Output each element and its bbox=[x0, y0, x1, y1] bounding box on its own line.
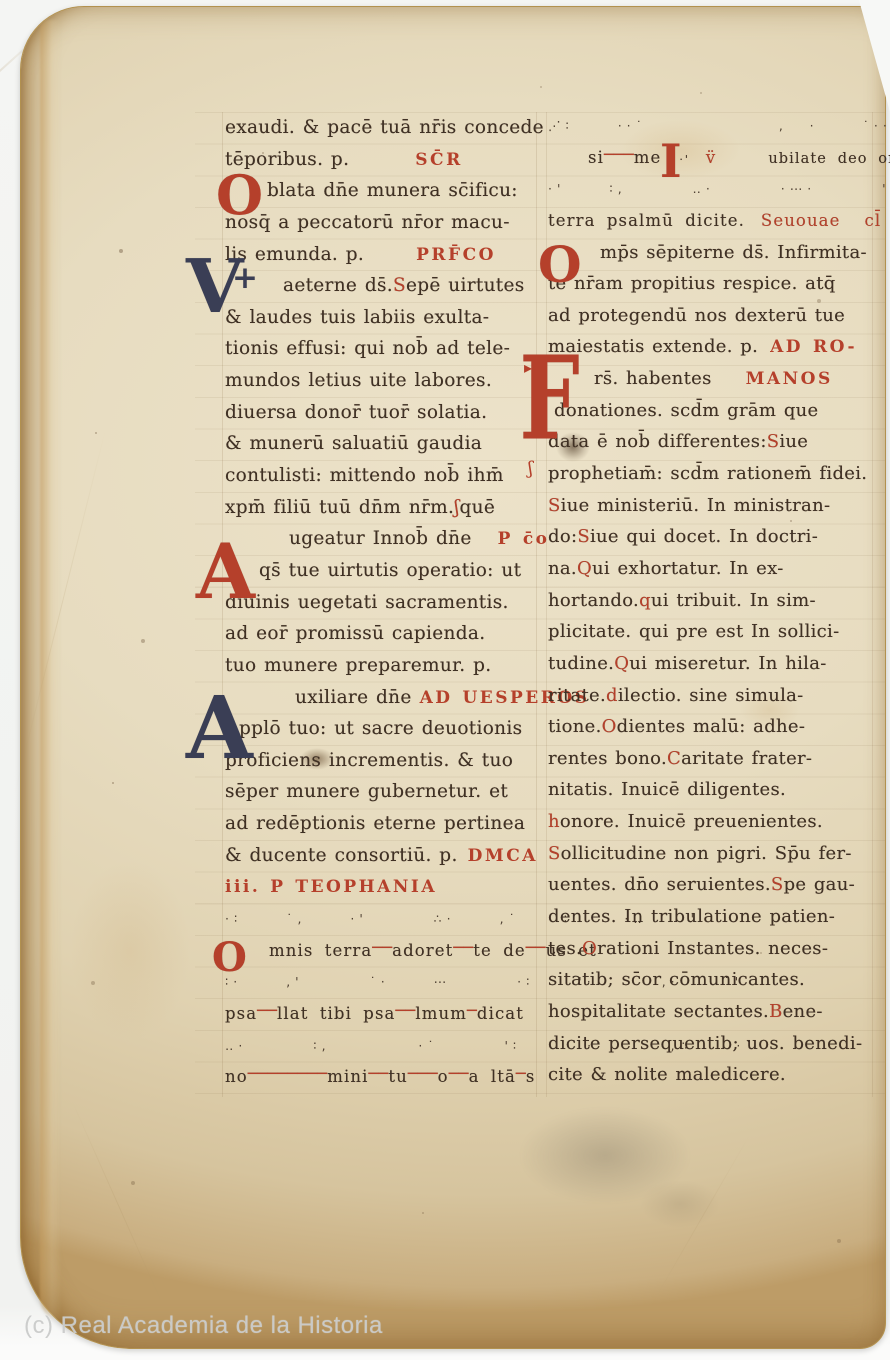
text-run: exaudi. & pacē tuā nr̄is concede bbox=[225, 112, 544, 144]
manuscript-line: terra psalmū dicite.Seuouaecl̄ bbox=[548, 205, 878, 237]
manuscript-line: tudine. Qui miseretur. In hila- bbox=[548, 648, 878, 680]
manuscript-line: ad eor̄ promissū capienda. bbox=[225, 618, 545, 650]
text-run: s bbox=[526, 1061, 536, 1093]
text-run: ilectio. sine simula- bbox=[618, 680, 804, 712]
manuscript-line: proficiens incrementis. & tuo bbox=[225, 745, 545, 777]
rubric-text: SC̄R bbox=[415, 145, 462, 177]
rubric-text: v̈ bbox=[706, 142, 716, 174]
manuscript-line: nosq̄ a peccatorū nr̄or macu- bbox=[225, 207, 545, 239]
manuscript-line: mundos letius uite labores. bbox=[225, 365, 545, 397]
text-run: ── bbox=[526, 932, 546, 964]
text-run: ──────── bbox=[248, 1058, 327, 1090]
rubric-text: AD RO- bbox=[770, 332, 857, 364]
text-run: ugeatur Innob̄ dn̄e bbox=[289, 523, 472, 555]
text-run: tu bbox=[388, 1061, 407, 1093]
text-run: diuinis uegetati sacramentis. bbox=[225, 587, 509, 619]
text-run: dientes malū: adhe- bbox=[617, 711, 806, 743]
text-run: proficiens incrementis. & tuo bbox=[225, 745, 513, 777]
text-run: iue ministeriū. In ministran- bbox=[561, 490, 831, 522]
text-run: ── bbox=[368, 1058, 388, 1090]
manuscript-photo: exaudi. & pacē tuā nr̄is concedetēporibu… bbox=[0, 0, 890, 1360]
text-run: ── bbox=[372, 932, 392, 964]
copyright-watermark: (c) Real Academia de la Historia bbox=[24, 1312, 383, 1340]
text-run: uentes. dn̄o seruientes. bbox=[548, 869, 771, 901]
manuscript-line: tione. Odientes malū: adhe- bbox=[548, 711, 878, 743]
manuscript-line: uxiliare dn̄e AD UESPEROS bbox=[225, 682, 545, 714]
manuscript-line: sēper munere gubernetur. et bbox=[225, 776, 545, 808]
initial-o-omnis: O bbox=[212, 938, 247, 978]
manuscript-line: plicitate. qui pre est In sollici- bbox=[548, 616, 878, 648]
manuscript-line: dentes. In tribulatione patien- bbox=[548, 901, 878, 933]
text-run: ─── bbox=[604, 139, 634, 171]
manuscript-line: tes. Orationi Instantes. neces- bbox=[548, 933, 878, 965]
manuscript-line: no────────mini──tu───o──a ltā─s bbox=[225, 1061, 545, 1093]
text-run: diuersa donor̄ tuor̄ solatia. bbox=[225, 397, 487, 429]
manuscript-line: tēporibus. p.SC̄R bbox=[225, 144, 545, 176]
rubric-text: S bbox=[548, 490, 561, 522]
neume-row: ∶· ‚' ˙· ⋯ ·∶ '· ‚· ˙' bbox=[225, 966, 545, 998]
manuscript-line: hospitalitate sectantes. Bene- bbox=[548, 996, 878, 1028]
text-run: ── bbox=[453, 932, 473, 964]
rubric-text: Seuouae bbox=[761, 205, 841, 237]
manuscript-line: diuersa donor̄ tuor̄ solatia. bbox=[225, 397, 545, 429]
rubric-text: iii. P TEOPHANIA bbox=[225, 872, 437, 904]
rubric-text: h bbox=[548, 806, 560, 838]
manuscript-line: mp̄s sēpiterne ds̄. Infirmita- bbox=[548, 237, 878, 269]
text-run: ui exhortatur. In ex- bbox=[592, 553, 784, 585]
initial-vd-monogram: V+ bbox=[186, 250, 243, 324]
text-run: no bbox=[225, 1061, 248, 1093]
text-run: ─ bbox=[467, 995, 477, 1027]
text-run: nitatis. Inuicē diligentes. bbox=[548, 774, 786, 806]
red-flag-mark: ▸ bbox=[524, 358, 532, 377]
neume-row: ·∶ ˙‚ ·' ∴· ‚˙ ∶' ·‥ ' bbox=[225, 903, 545, 935]
text-run: mini bbox=[327, 1061, 368, 1093]
text-run: ── bbox=[449, 1058, 469, 1090]
text-run: donationes. scd̄m grām que bbox=[554, 395, 818, 427]
manuscript-line: maiestatis extende. p.AD RO- bbox=[548, 331, 878, 363]
manuscript-line: data ē nob̄ differentes: Siue bbox=[548, 426, 878, 458]
manuscript-line: exaudi. & pacē tuā nr̄is concede bbox=[225, 112, 545, 144]
rubric-text: S bbox=[767, 426, 780, 458]
text-run: dicite persequentib; uos. benedi- bbox=[548, 1028, 862, 1060]
text-run: sitatib; sc̄or cōmunicantes. bbox=[548, 964, 805, 996]
text-run: a ltā bbox=[469, 1061, 516, 1093]
text-run: pplō tuo: ut sacre deuotionis bbox=[239, 713, 522, 745]
rubric-text: O bbox=[602, 711, 617, 743]
text-run: blata dn̄e munera sc̄ificu: bbox=[267, 175, 518, 207]
rubric-text: S bbox=[771, 869, 784, 901]
manuscript-line: honore. Inuicē preuenientes. bbox=[548, 806, 878, 838]
initial-o-oblata: O bbox=[216, 168, 263, 222]
manuscript-line: dicite persequentib; uos. benedi- bbox=[548, 1028, 878, 1060]
cross-mark: + bbox=[232, 263, 258, 294]
manuscript-line: qs̄ tue uirtutis operatio: ut bbox=[225, 555, 545, 587]
left-text-column: exaudi. & pacē tuā nr̄is concedetēporibu… bbox=[225, 112, 545, 1093]
rubric-text: q bbox=[639, 585, 651, 617]
text-run: ── bbox=[257, 995, 277, 1027]
text-run: ad protegendū nos dexterū tue bbox=[548, 300, 845, 332]
text-run: ad eor̄ promissū capienda. bbox=[225, 618, 485, 650]
manuscript-line: ad redēptionis eterne pertinea bbox=[225, 808, 545, 840]
text-run: sēper munere gubernetur. et bbox=[225, 776, 508, 808]
text-run: aeterne ds̄. bbox=[283, 270, 393, 302]
text-run: ─ bbox=[516, 1058, 526, 1090]
manuscript-line: nitatis. Inuicē diligentes. bbox=[548, 774, 878, 806]
text-run: rentes bono. bbox=[548, 743, 667, 775]
right-text-column: ⋰∶ ··˙ ‚ · ˙·· ·‥ ··' ·si───me·'v̈ubilat… bbox=[548, 110, 878, 1091]
manuscript-line: Sollicitudine non pigri. Sp̄u fer- bbox=[548, 838, 878, 870]
rubric-text: O bbox=[582, 933, 597, 965]
text-run: pe gau- bbox=[784, 869, 855, 901]
text-run: tudine. bbox=[548, 648, 614, 680]
parchment-specks bbox=[0, 0, 2, 2]
text-run: & munerū saluatiū gaudia bbox=[225, 428, 482, 460]
text-run: te de bbox=[473, 935, 525, 967]
manuscript-line: cite & nolite maledicere. bbox=[548, 1059, 878, 1091]
text-run: ─── bbox=[408, 1058, 438, 1090]
text-run: tuo munere preparemur. p. bbox=[225, 650, 491, 682]
text-run: na. bbox=[548, 553, 577, 585]
manuscript-line: do: Siue qui docet. In doctri- bbox=[548, 521, 878, 553]
manuscript-line: diuinis uegetati sacramentis. bbox=[225, 587, 545, 619]
text-run: ad redēptionis eterne pertinea bbox=[225, 808, 525, 840]
text-run: psa bbox=[225, 998, 257, 1030]
red-curl-mark: ʃ bbox=[528, 458, 533, 479]
text-run: terra psalmū dicite. bbox=[548, 205, 745, 237]
text-run: dentes. In tribulatione patien- bbox=[548, 901, 835, 933]
text-run: ene- bbox=[783, 996, 823, 1028]
rubric-text: C bbox=[667, 743, 681, 775]
rubric-text: Q bbox=[577, 553, 592, 585]
manuscript-line: ritate. dilectio. sine simula- bbox=[548, 680, 878, 712]
manuscript-line: & munerū saluatiū gaudia bbox=[225, 428, 545, 460]
manuscript-line: rs̄. habentesMANOS bbox=[548, 363, 878, 395]
manuscript-line: blata dn̄e munera sc̄ificu: bbox=[225, 175, 545, 207]
neume-notation: ⋰∶ ··˙ ‚ · ˙·· ·‥ ··' · bbox=[548, 110, 890, 142]
text-run: contulisti: mittendo nob̄ ihm̄ bbox=[225, 460, 504, 492]
stain bbox=[640, 1180, 720, 1228]
text-run: nosq̄ a peccatorū nr̄or macu- bbox=[225, 207, 510, 239]
manuscript-line: pplō tuo: ut sacre deuotionis bbox=[225, 713, 545, 745]
rubric-text: DMCA bbox=[468, 841, 538, 873]
text-run: prophetiam̄: scd̄m rationem̄ fidei. bbox=[548, 458, 867, 490]
stain bbox=[70, 860, 190, 1040]
text-run: plicitate. qui pre est In sollici- bbox=[548, 616, 840, 648]
text-run: hortando. bbox=[548, 585, 639, 617]
manuscript-line: sitatib; sc̄or cōmunicantes. bbox=[548, 964, 878, 996]
manuscript-line: & ducente consortiū. p.DMCA bbox=[225, 840, 545, 872]
manuscript-line: aeterne ds̄. Sepē uirtutes bbox=[225, 270, 545, 302]
text-run: cite & nolite maledicere. bbox=[548, 1059, 786, 1091]
manuscript-line: & laudes tuis labiis exulta- bbox=[225, 302, 545, 334]
text-run: xpm̄ filiū tuū dn̄m nr̄m. bbox=[225, 492, 454, 524]
rubric-text: d bbox=[606, 680, 618, 712]
manuscript-line: contulisti: mittendo nob̄ ihm̄ bbox=[225, 460, 545, 492]
manuscript-line: tionis effusi: qui nob̄ ad tele- bbox=[225, 333, 545, 365]
rubric-text: S bbox=[393, 270, 406, 302]
text-run: uxiliare dn̄e bbox=[295, 682, 412, 714]
text-run: me bbox=[634, 142, 662, 174]
manuscript-line: donationes. scd̄m grām que bbox=[548, 395, 878, 427]
text-run: ollicitudine non pigri. Sp̄u fer- bbox=[561, 838, 852, 870]
manuscript-line: ugeatur Innob̄ dn̄eP c̄o bbox=[225, 523, 545, 555]
manuscript-line: xpm̄ filiū tuū dn̄m nr̄m. ʃquē bbox=[225, 492, 545, 524]
manuscript-line: psa──llat tibi psa──lmum─dicat bbox=[225, 998, 545, 1030]
text-run: dicat bbox=[477, 998, 524, 1030]
text-run: rationi Instantes. neces- bbox=[597, 933, 828, 965]
text-run: tionis effusi: qui nob̄ ad tele- bbox=[225, 333, 510, 365]
manuscript-line: si───me·'v̈ubilate deo omni bbox=[548, 142, 878, 174]
rubric-text: S bbox=[548, 838, 561, 870]
manuscript-line: ad protegendū nos dexterū tue bbox=[548, 300, 878, 332]
text-run: tione. bbox=[548, 711, 602, 743]
manuscript-line: tuo munere preparemur. p. bbox=[225, 650, 545, 682]
text-run: lmum bbox=[415, 998, 467, 1030]
manuscript-line: te nr̄am propitius respice. atq̄ bbox=[548, 268, 878, 300]
text-run: quē bbox=[460, 492, 496, 524]
text-run: te nr̄am propitius respice. atq̄ bbox=[548, 268, 836, 300]
text-run: hospitalitate sectantes. bbox=[548, 996, 769, 1028]
text-run: data ē nob̄ differentes: bbox=[548, 426, 767, 458]
text-run: & ducente consortiū. p. bbox=[225, 840, 458, 872]
text-run: qs̄ tue uirtutis operatio: ut bbox=[259, 555, 521, 587]
manuscript-line: Siue ministeriū. In ministran- bbox=[548, 490, 878, 522]
text-run: ubilate deo omni bbox=[768, 144, 890, 176]
rubric-text: MANOS bbox=[746, 364, 833, 396]
text-run: llat tibi psa bbox=[277, 998, 395, 1030]
neume-notation: ·' ∶‚ ‥· ·⋯· '∶ ·˙ ‚· bbox=[548, 173, 890, 205]
rubric-text: PRF̄CO bbox=[416, 240, 496, 272]
text-run: tes. bbox=[548, 933, 582, 965]
text-run: ui miseretur. In hila- bbox=[629, 648, 826, 680]
manuscript-line: uentes. dn̄o seruientes. Spe gau- bbox=[548, 869, 878, 901]
neume-row: ⋰∶ ··˙ ‚ · ˙·· ·‥ ··' · bbox=[548, 110, 878, 142]
text-run: aritate frater- bbox=[681, 743, 812, 775]
rubric-text: Q bbox=[614, 648, 629, 680]
text-run: do: bbox=[548, 521, 577, 553]
manuscript-line: prophetiam̄: scd̄m rationem̄ fidei. bbox=[548, 458, 878, 490]
neume-row: ·' ∶‚ ‥· ·⋯· '∶ ·˙ ‚· bbox=[548, 173, 878, 205]
page-edge bbox=[40, 20, 62, 1320]
neume-row: ‥· ∶‚ ·˙ '∶ ·' ‚∴ ·˙ bbox=[225, 1030, 545, 1062]
text-run: iue qui docet. In doctri- bbox=[590, 521, 818, 553]
text-run: mundos letius uite labores. bbox=[225, 365, 492, 397]
manuscript-line: iii. P TEOPHANIA bbox=[225, 871, 545, 903]
text-run: onore. Inuicē preuenientes. bbox=[560, 806, 823, 838]
rubric-text: P c̄o bbox=[498, 524, 550, 556]
rubric-text: B bbox=[769, 996, 783, 1028]
text-run: ritate. bbox=[548, 680, 606, 712]
text-run: mnis terra bbox=[269, 935, 372, 967]
text-run: si bbox=[588, 142, 604, 174]
manuscript-line: mnis terra──adoret──te de──us et bbox=[225, 935, 545, 967]
text-run: o bbox=[438, 1061, 449, 1093]
manuscript-line: hortando. qui tribuit. In sim- bbox=[548, 585, 878, 617]
text-run: epē uirtutes bbox=[406, 270, 525, 302]
rubric-text: S bbox=[577, 521, 590, 553]
text-run: rs̄. habentes bbox=[594, 363, 712, 395]
rubric-text: cl̄ bbox=[864, 205, 881, 237]
text-run: ui tribuit. In sim- bbox=[651, 585, 816, 617]
text-run: & laudes tuis labiis exulta- bbox=[225, 302, 489, 334]
manuscript-line: na. Qui exhortatur. In ex- bbox=[548, 553, 878, 585]
initial-a-auxiliare: A bbox=[186, 686, 253, 772]
initial-i-iubilate: I bbox=[660, 138, 682, 184]
manuscript-line: lis emunda. p.PRF̄CO bbox=[225, 239, 545, 271]
manuscript-line: rentes bono. Caritate frater- bbox=[548, 743, 878, 775]
initial-o-omnipotens: O bbox=[538, 240, 582, 290]
initial-a-augeatur: A bbox=[196, 534, 255, 610]
text-run: adoret bbox=[392, 935, 453, 967]
text-run: iue bbox=[779, 426, 808, 458]
text-run: mp̄s sēpiterne ds̄. Infirmita- bbox=[600, 237, 867, 269]
text-run: ── bbox=[395, 995, 415, 1027]
